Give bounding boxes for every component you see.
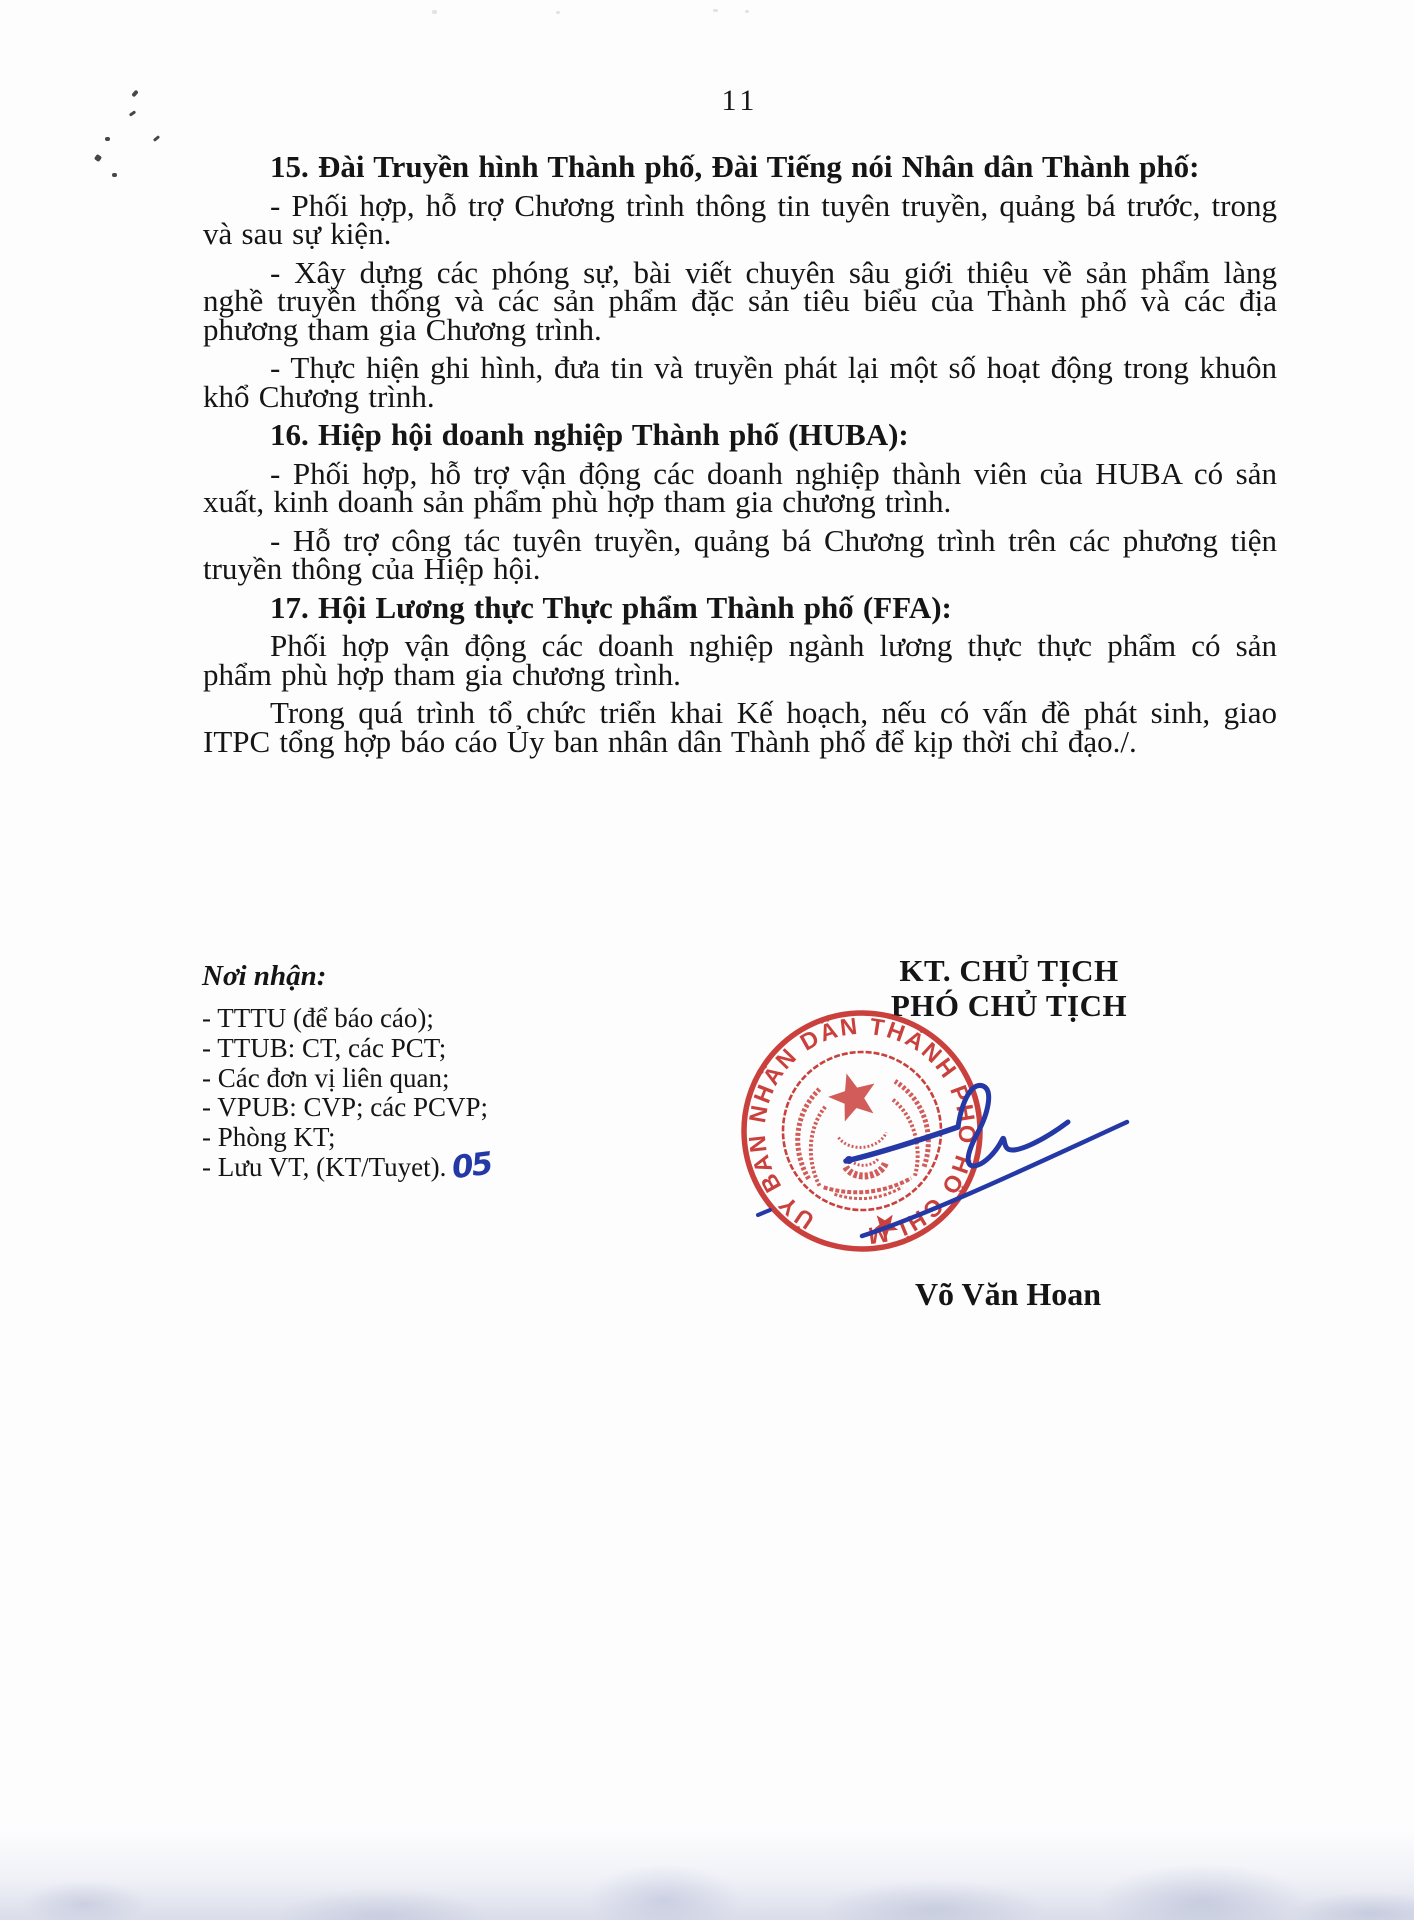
national-emblem-icon <box>790 1061 933 1205</box>
seal-and-signature-layer: ỦY BAN NHÂN DÂN THÀNH PHỐ HỒ CHÍ MINH <box>0 0 1414 1920</box>
scanned-document-page: 11 15. Đài Truyền hình Thành phố, Đài Ti… <box>0 0 1414 1920</box>
scan-noise-band <box>0 1830 1414 1920</box>
signer-name: Võ Văn Hoan <box>857 1276 1159 1313</box>
